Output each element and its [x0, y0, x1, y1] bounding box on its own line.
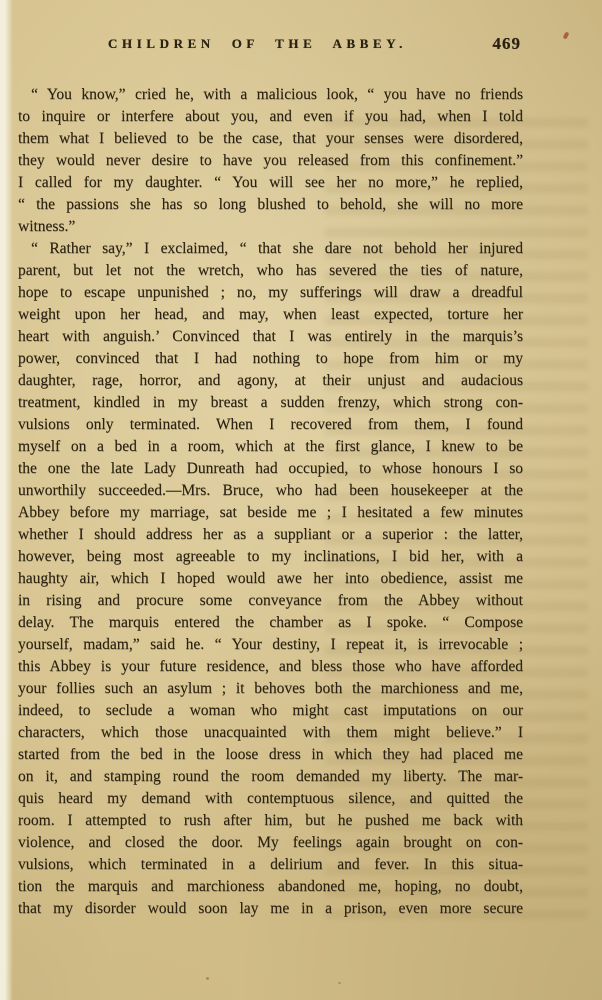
red-ink-speck	[563, 31, 570, 39]
text-line: parent, but let not the wretch, who has …	[18, 260, 523, 282]
text-line: power, convinced that I had nothing to h…	[18, 348, 523, 370]
text-line: quis heard my demand with contemptuous s…	[18, 788, 523, 810]
text-line: myself on a bed in a room, which at the …	[18, 436, 523, 458]
text-line: in rising and procure some conveyance fr…	[18, 590, 523, 612]
text-line: them what I believed to be the case, tha…	[18, 128, 523, 150]
text-line: “ Rather say,” I exclaimed, “ that she d…	[18, 238, 523, 260]
text-line: this Abbey is your future residence, and…	[18, 656, 523, 678]
text-line: room. I attempted to rush after him, but…	[18, 810, 523, 832]
paper-speck	[338, 982, 341, 984]
book-page: CHILDREN OF THE ABBEY. 469 “ You know,” …	[0, 0, 602, 1000]
text-line: treatment, kindled in my breast a sudden…	[18, 392, 523, 414]
text-line: indeed, to seclude a woman who might cas…	[18, 700, 523, 722]
text-line: unworthily succeeded.—Mrs. Bruce, who ha…	[18, 480, 523, 502]
text-line: characters, which those unacquainted wit…	[18, 722, 523, 744]
page-body: “ You know,” cried he, with a malicious …	[18, 84, 523, 920]
text-line: the one the late Lady Dunreath had occup…	[18, 458, 523, 480]
text-line: Abbey before my marriage, sat beside me …	[18, 502, 523, 524]
text-line: however, being most agreeable to my incl…	[18, 546, 523, 568]
text-line: weight upon her head, and may, when leas…	[18, 304, 523, 326]
text-line: haughty air, which I hoped would awe her…	[18, 568, 523, 590]
text-line: I called for my daughter. “ You will see…	[18, 172, 523, 194]
text-line: vulsions only terminated. When I recover…	[18, 414, 523, 436]
text-line: yourself, madam,” said he. “ Your destin…	[18, 634, 523, 656]
text-line: on it, and stamping round the room deman…	[18, 766, 523, 788]
text-line: that my disorder would soon lay me in a …	[18, 898, 523, 920]
text-line: violence, and closed the door. My feelin…	[18, 832, 523, 854]
text-line: hope to escape unpunished ; no, my suffe…	[18, 282, 523, 304]
text-line: vulsions, which terminated in a delirium…	[18, 854, 523, 876]
paragraph: “ Rather say,” I exclaimed, “ that she d…	[18, 238, 523, 920]
paper-speck	[206, 977, 209, 980]
paragraph: “ You know,” cried he, with a malicious …	[18, 84, 523, 238]
text-line: witness.”	[18, 216, 523, 238]
running-title: CHILDREN OF THE ABBEY.	[108, 36, 407, 52]
text-line: daughter, rage, horror, and agony, at th…	[18, 370, 523, 392]
page-header: CHILDREN OF THE ABBEY. 469	[18, 36, 523, 58]
text-line: “ the passions she has so long blushed t…	[18, 194, 523, 216]
text-line: your follies such an asylum ; it behoves…	[18, 678, 523, 700]
text-line: they would never desire to have you rele…	[18, 150, 523, 172]
text-line: tion the marquis and marchioness abandon…	[18, 876, 523, 898]
text-line: heart with anguish.’ Convinced that I wa…	[18, 326, 523, 348]
text-line: started from the bed in the loose dress …	[18, 744, 523, 766]
text-line: delay. The marquis entered the chamber a…	[18, 612, 523, 634]
text-line: whether I should address her as a suppli…	[18, 524, 523, 546]
page-number: 469	[493, 34, 522, 54]
text-line: to inquire or interfere about you, and e…	[18, 106, 523, 128]
text-line: “ You know,” cried he, with a malicious …	[18, 84, 523, 106]
